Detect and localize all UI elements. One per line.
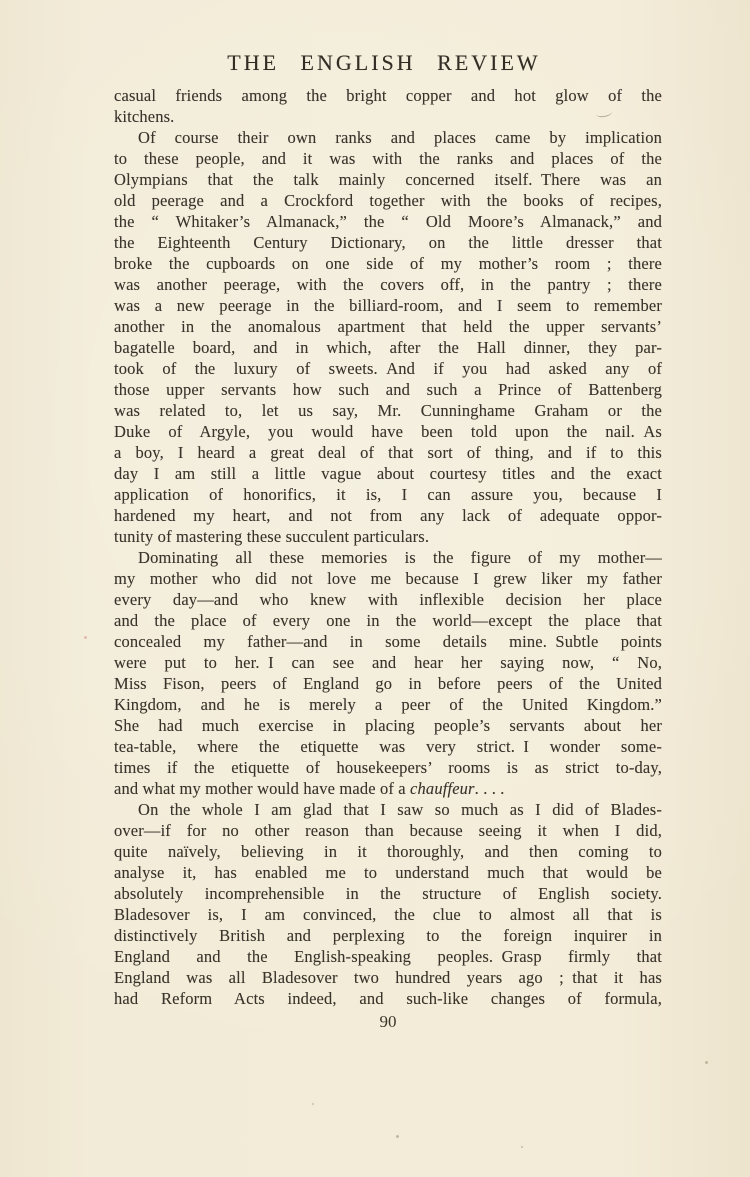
text-line: Miss Fison, peers of England go in befor… [114,673,662,694]
paper-speck [84,636,87,639]
text-line: Bladesover is, I am convinced, the clue … [114,904,662,925]
text-line: was related to, let us say, Mr. Cunningh… [114,400,662,421]
text-line: every day—and who knew with inflexible d… [114,589,662,610]
text-line: hardened my heart, and not from any lack… [114,505,662,526]
text-line: day I am still a little vague about cour… [114,463,662,484]
text-line: Dominating all these memories is the fig… [114,547,662,568]
paragraph: casual friends among the bright copper a… [114,85,662,127]
text-line: distinctively British and perplexing to … [114,925,662,946]
text-line: Kingdom, and he is merely a peer of the … [114,694,662,715]
text-line: casual friends among the bright copper a… [114,85,662,106]
text-line: England was all Bladesover two hundred y… [114,967,662,988]
text-line: was a new peerage in the billiard-room, … [114,295,662,316]
text-line: quite naïvely, believing in it thoroughl… [114,841,662,862]
text-line: times if the etiquette of housekeepers’ … [114,757,662,778]
text-line: the Eighteenth Century Dictionary, on th… [114,232,662,253]
text-line: analyse it, has enabled me to understand… [114,862,662,883]
text-line: over—if for no other reason than because… [114,820,662,841]
paper-speck [312,1103,314,1105]
text-line: the “ Whitaker’s Almanack,” the “ Old Mo… [114,211,662,232]
text-line: and the place of every one in the world—… [114,610,662,631]
paper-speck [396,1135,399,1138]
book-page: THE ENGLISH REVIEW casual friends among … [0,0,750,1177]
text-line: to these people, and it was with the ran… [114,148,662,169]
text-line: Duke of Argyle, you would have been told… [114,421,662,442]
text-line: another in the anomalous apartment that … [114,316,662,337]
text-line: took of the luxury of sweets. And if you… [114,358,662,379]
paper-speck [705,1061,708,1064]
text-line: application of honorifics, it is, I can … [114,484,662,505]
text-line: were put to her. I can see and hear her … [114,652,662,673]
text-line: She had much exercise in placing people’… [114,715,662,736]
text-line: bagatelle board, and in which, after the… [114,337,662,358]
text-line: had Reform Acts indeed, and such-like ch… [114,988,662,1009]
text-line: those upper servants how such and such a… [114,379,662,400]
text-line: absolutely incomprehensible in the struc… [114,883,662,904]
text-line: Of course their own ranks and places cam… [114,127,662,148]
text-line: old peerage and a Crockford together wit… [114,190,662,211]
text-line: tunity of mastering these succulent part… [114,526,662,547]
page-text: casual friends among the bright copper a… [114,85,662,1009]
paper-speck [587,977,589,979]
text-line: my mother who did not love me because I … [114,568,662,589]
text-line: England and the English-speaking peoples… [114,946,662,967]
page-number: 90 [114,1012,662,1032]
text-line: broke the cupboards on one side of my mo… [114,253,662,274]
paper-speck [521,1146,523,1148]
text-line: kitchens. [114,106,662,127]
text-line: and what my mother would have made of a … [114,778,662,799]
text-line: concealed my father—and in some details … [114,631,662,652]
text-line: tea-table, where the etiquette was very … [114,736,662,757]
text-line: On the whole I am glad that I saw so muc… [114,799,662,820]
text-line: was another peerage, with the covers off… [114,274,662,295]
paragraph: Of course their own ranks and places cam… [114,127,662,547]
text-line: a boy, I heard a great deal of that sort… [114,442,662,463]
paragraph: Dominating all these memories is the fig… [114,547,662,799]
running-head: THE ENGLISH REVIEW [104,50,664,76]
text-line: Olympians that the talk mainly concerned… [114,169,662,190]
paragraph: On the whole I am glad that I saw so muc… [114,799,662,1009]
